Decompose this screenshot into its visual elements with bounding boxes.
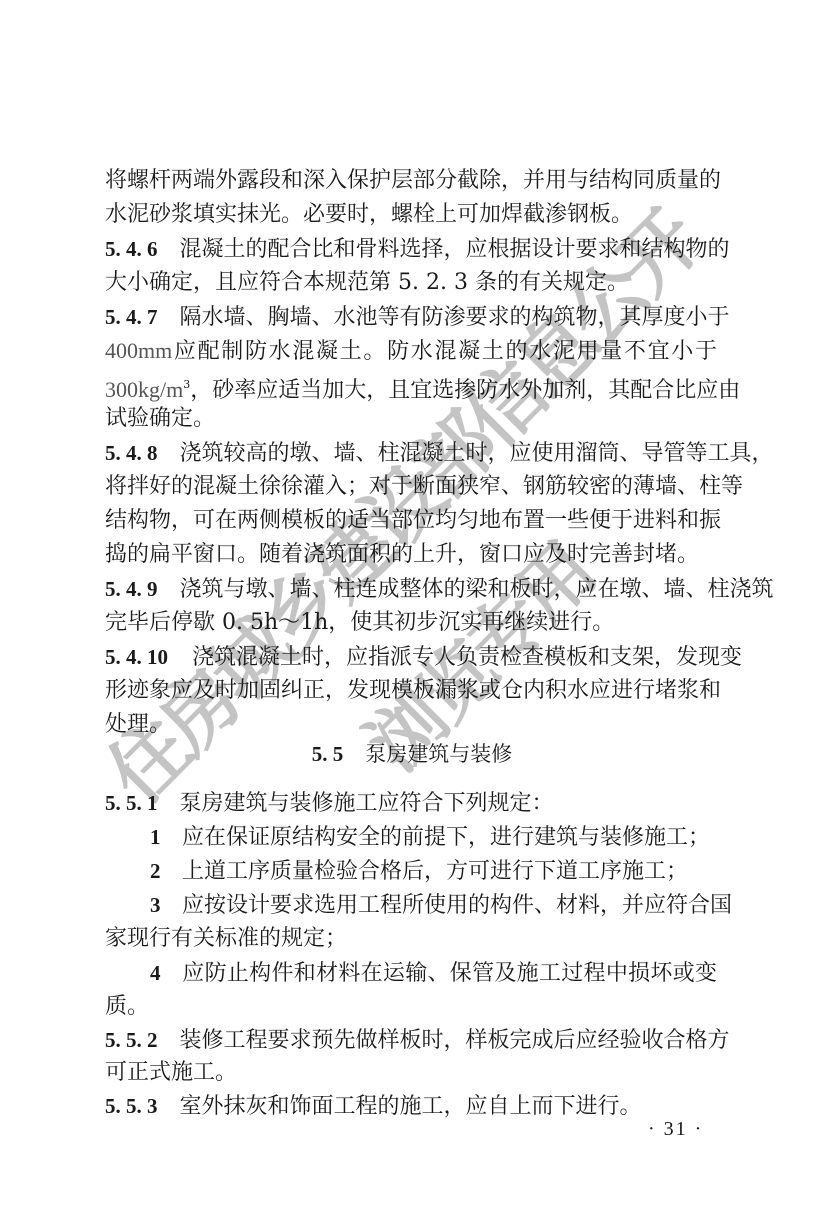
clause-5-4-9: 5. 4. 9浇筑与墩、墙、柱连成整体的梁和板时，应在墩、墙、柱浇筑 xyxy=(105,572,717,606)
clause-number: 5. 4. 7 xyxy=(105,300,158,334)
clause-5-5-2: 5. 5. 2装修工程要求预先做样板时，样板完成后应经验收合格方 xyxy=(105,1023,717,1057)
clause-text: 浇筑与墩、墙、柱连成整体的梁和板时，应在墩、墙、柱浇筑 xyxy=(180,577,774,602)
item-number: 1 xyxy=(150,820,182,854)
item-text: 应防止构件和材料在运输、保管及施工过程中损坏或变 xyxy=(182,961,717,986)
page-number: · 31 · xyxy=(648,1118,703,1141)
item-number: 3 xyxy=(150,888,182,922)
item-text: 应在保证原结构安全的前提下，进行建筑与装修施工； xyxy=(182,825,710,850)
list-item: 1应在保证原结构安全的前提下，进行建筑与装修施工； xyxy=(150,820,717,854)
paragraph-line: 形迹象应及时加固纠正，发现模板漏浆或仓内积水应进行堵浆和 xyxy=(105,674,717,708)
item-number: 2 xyxy=(150,854,182,888)
clause-number: 5. 4. 8 xyxy=(105,436,158,470)
clause-text: 浇筑混凝土时，应指派专人负责检查模板和支架，发现变 xyxy=(192,645,742,670)
page-content: 将螺杆两端外露段和深入保护层部分截除，并用与结构同质量的 水泥砂浆填实抹光。必要… xyxy=(0,0,824,1216)
section-number: 5. 5 xyxy=(312,742,344,766)
clause-text: 装修工程要求预先做样板时，样板完成后应经验收合格方 xyxy=(180,1028,730,1053)
paragraph-line: 水泥砂浆填实抹光。必要时，螺栓上可加焊截渗钢板。 xyxy=(105,198,717,232)
paragraph-line: 将拌好的混凝土徐徐灌入；对于断面狭窄、钢筋较密的薄墙、柱等 xyxy=(105,470,717,504)
paragraph-line: 家现行有关标准的规定； xyxy=(105,922,717,956)
clause-text: 泵房建筑与装修施工应符合下列规定： xyxy=(180,791,554,816)
clause-number: 5. 5. 2 xyxy=(105,1023,158,1057)
clause-text: 应配制防水混凝土。防水混凝土的水泥用量不宜小于 xyxy=(172,339,717,364)
cement-value: 300kg/m xyxy=(105,377,183,402)
list-item: 3应按设计要求选用工程所使用的构件、材料，并应符合国 xyxy=(150,888,717,922)
paragraph-line: 400mm应配制防水混凝土。防水混凝土的水泥用量不宜小于 xyxy=(105,334,717,368)
paragraph-line: 300kg/m3，砂率应适当加大，且宜选掺防水外加剂，其配合比应由 xyxy=(105,368,717,402)
clause-5-5-3: 5. 5. 3室外抹灰和饰面工程的施工，应自上而下进行。 xyxy=(105,1089,717,1123)
clause-text: 隔水墙、胸墙、水池等有防渗要求的构筑物，其厚度小于 xyxy=(180,305,730,330)
clause-text: ，砂率应适当加大，且宜选掺防水外加剂，其配合比应由 xyxy=(190,378,740,403)
clause-5-5-1: 5. 5. 1泵房建筑与装修施工应符合下列规定： xyxy=(105,786,717,820)
thickness-value: 400mm xyxy=(105,338,172,363)
paragraph-line: 试验确定。 xyxy=(105,402,717,436)
clause-5-4-10: 5. 4. 10浇筑混凝土时，应指派专人负责检查模板和支架，发现变 xyxy=(105,640,717,674)
paragraph-line: 结构物，可在两侧模板的适当部位均匀地布置一些便于进料和振 xyxy=(105,504,717,538)
clause-text: 混凝土的配合比和骨料选择，应根据设计要求和结构物的 xyxy=(180,237,730,262)
paragraph-line: 大小确定，且应符合本规范第 5. 2. 3 条的有关规定。 xyxy=(105,266,717,300)
list-item: 2上道工序质量检验合格后，方可进行下道工序施工； xyxy=(150,854,717,888)
item-text: 上道工序质量检验合格后，方可进行下道工序施工； xyxy=(182,859,688,884)
section-title: 泵房建筑与装修 xyxy=(365,742,512,766)
paragraph-line: 完毕后停歇 0. 5h～1h，使其初步沉实再继续进行。 xyxy=(105,606,717,640)
item-text: 应按设计要求选用工程所使用的构件、材料，并应符合国 xyxy=(182,893,732,918)
clause-5-4-7: 5. 4. 7隔水墙、胸墙、水池等有防渗要求的构筑物，其厚度小于 xyxy=(105,300,717,334)
paragraph-line: 可正式施工。 xyxy=(105,1056,717,1090)
paragraph-line: 捣的扁平窗口。随着浇筑面积的上升，窗口应及时完善封堵。 xyxy=(105,538,717,572)
clause-text: 浇筑较高的墩、墙、柱混凝土时，应使用溜筒、导管等工具， xyxy=(180,441,774,466)
document-page: 住房城乡建设部信息公开 浏览专用 将螺杆两端外露段和深入保护层部分截除，并用与结… xyxy=(0,0,824,1216)
section-heading: 5. 5泵房建筑与装修 xyxy=(0,737,824,771)
paragraph-line: 将螺杆两端外露段和深入保护层部分截除，并用与结构同质量的 xyxy=(105,164,717,198)
clause-number: 5. 4. 10 xyxy=(105,640,168,674)
clause-number: 5. 5. 3 xyxy=(105,1089,158,1123)
clause-number: 5. 5. 1 xyxy=(105,786,158,820)
list-item: 4应防止构件和材料在运输、保管及施工过程中损坏或变 xyxy=(150,956,717,990)
clause-5-4-6: 5. 4. 6混凝土的配合比和骨料选择，应根据设计要求和结构物的 xyxy=(105,232,717,266)
item-number: 4 xyxy=(150,956,182,990)
clause-5-4-8: 5. 4. 8浇筑较高的墩、墙、柱混凝土时，应使用溜筒、导管等工具， xyxy=(105,436,717,470)
paragraph-line: 质。 xyxy=(105,990,717,1024)
clause-number: 5. 4. 9 xyxy=(105,572,158,606)
clause-number: 5. 4. 6 xyxy=(105,232,158,266)
clause-text: 室外抹灰和饰面工程的施工，应自上而下进行。 xyxy=(180,1094,642,1119)
